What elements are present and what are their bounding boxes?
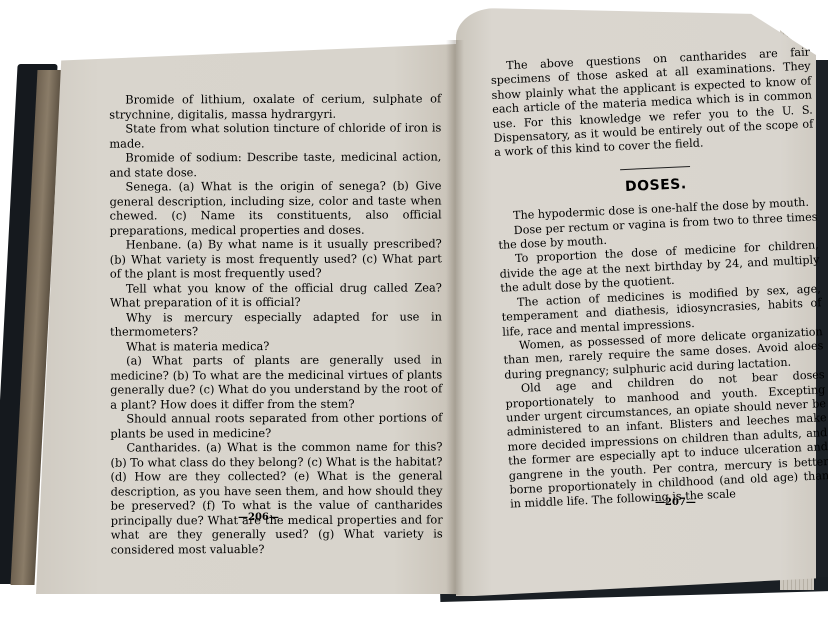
intro-paragraph: The above questions on cantharides are f…: [490, 45, 814, 160]
right-page-text: The above questions on cantharides are f…: [490, 45, 828, 512]
paragraph: Cantharides. (a) What is the common name…: [110, 439, 442, 556]
paragraph: Tell what you know of the official drug …: [110, 280, 442, 310]
open-book: Bromide of lithium, oxalate of cerium, s…: [0, 0, 828, 621]
paragraph: Why is mercury especially adapted for us…: [110, 309, 442, 339]
paragraph: Old age and children do not bear doses p…: [505, 368, 828, 512]
paragraph: What is materia medica?: [110, 338, 442, 354]
paragraph: Senega. (a) What is the origin of senega…: [109, 178, 441, 237]
left-page-text: Bromide of lithium, oxalate of cerium, s…: [109, 91, 443, 556]
section-divider: [620, 166, 690, 170]
paragraph: Should annual roots separated from other…: [110, 410, 442, 440]
section-heading: DOSES.: [496, 171, 816, 200]
page-number-right: —207—: [655, 497, 696, 508]
paragraph: Bromide of lithium, oxalate of cerium, s…: [109, 91, 441, 121]
book-gutter: [446, 40, 464, 595]
page-number-left: —206—: [238, 512, 279, 523]
paragraph: State from what solution tincture of chl…: [109, 120, 441, 150]
paragraph: Henbane. (a) By what name is it usually …: [110, 236, 442, 281]
paragraph: (a) What parts of plants are generally u…: [110, 352, 442, 411]
paragraph: Bromide of sodium: Describe taste, medic…: [109, 149, 441, 179]
